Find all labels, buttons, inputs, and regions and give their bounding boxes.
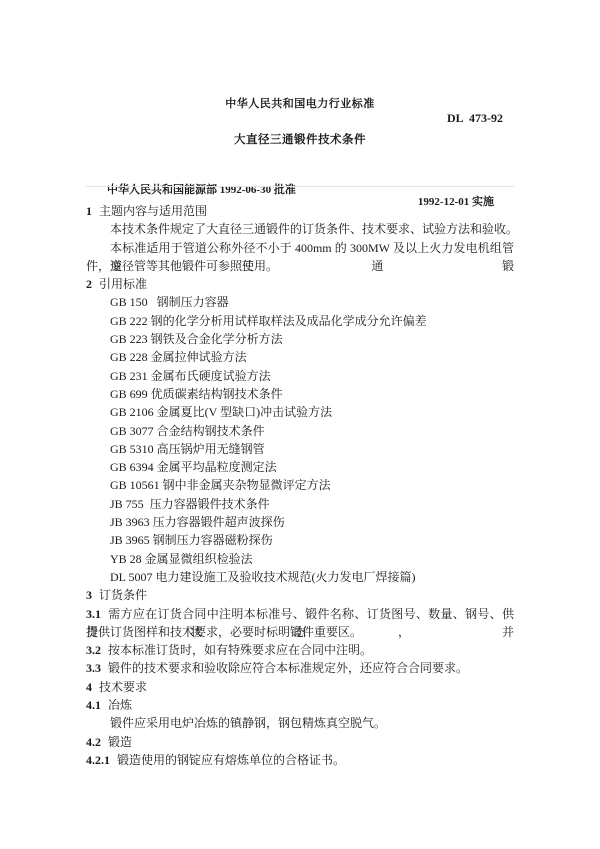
line-text: GB 231 金属布氏硬度试验方法 <box>110 369 271 383</box>
text-line: JB 3965 钢制压力容器磁粉探伤 <box>86 531 514 549</box>
section-number: 1 <box>86 204 92 218</box>
document-page: 中华人民共和国电力行业标准 DL 473-92 大直径三通锻件技术条件 中华人民… <box>0 0 600 849</box>
line-text: 冶炼 <box>108 698 132 712</box>
section-number: 3.2 <box>86 643 101 657</box>
text-line: GB 10561 钢中非金属夹杂物显微评定方法 <box>86 476 514 494</box>
text-line: JB 755 压力容器锻件技术条件 <box>86 495 514 513</box>
line-text: GB 150 钢制压力容器 <box>110 295 229 309</box>
line-text: 提供订货图样和技术要求，必要时标明锻件重要区。 <box>86 625 362 639</box>
line-text: JB 3965 钢制压力容器磁粉探伤 <box>110 533 273 547</box>
section-number: 4.2.1 <box>86 753 110 767</box>
text-line: GB 231 金属布氏硬度试验方法 <box>86 367 514 385</box>
text-line: GB 228 金属拉伸试验方法 <box>86 348 514 366</box>
section-number: 3 <box>86 588 92 602</box>
line-text: 件，变径管等其他锻件可参照使用。 <box>86 259 278 273</box>
line-text: GB 228 金属拉伸试验方法 <box>110 350 247 364</box>
line-text: 本技术条件规定了大直径三通锻件的订货条件、技术要求、试验方法和验收。 <box>110 222 518 236</box>
line-text: 引用标准 <box>99 277 147 291</box>
section-number: 4 <box>86 680 92 694</box>
text-line: JB 3963 压力容器锻件超声波探伤 <box>86 513 514 531</box>
text-line: GB 150 钢制压力容器 <box>86 293 514 311</box>
line-text: GB 6394 金属平均晶粒度测定法 <box>110 460 277 474</box>
text-line: 本技术条件规定了大直径三通锻件的订货条件、技术要求、试验方法和验收。 <box>86 220 514 238</box>
text-line: 锻件应采用电炉冶炼的镇静钢，钢包精炼真空脱气。 <box>86 714 514 732</box>
section-line: 1主题内容与适用范围 <box>86 202 514 220</box>
line-text: JB 755 压力容器锻件技术条件 <box>110 497 270 511</box>
line-text: GB 5310 高压锅炉用无缝钢管 <box>110 442 265 456</box>
standard-number: DL 473-92 <box>447 111 503 126</box>
line-text: DL 5007 电力建设施工及验收技术规范(火力发电厂焊接篇) <box>110 570 416 584</box>
document-title: 大直径三通锻件技术条件 <box>0 131 600 147</box>
line-text: 锻造使用的钢锭应有熔炼单位的合格证书。 <box>117 753 345 767</box>
text-line: GB 5310 高压锅炉用无缝钢管 <box>86 440 514 458</box>
text-line: GB 3077 合金结构钢技术条件 <box>86 422 514 440</box>
section-line: 4.1冶炼 <box>86 696 514 714</box>
line-text: 主题内容与适用范围 <box>99 204 207 218</box>
line-text: 锻件应采用电炉冶炼的镇静钢，钢包精炼真空脱气。 <box>110 716 386 730</box>
line-text: 锻件的技术要求和验收除应符合本标准规定外，还应符合合同要求。 <box>108 661 468 675</box>
document-body: 1主题内容与适用范围本技术条件规定了大直径三通锻件的订货条件、技术要求、试验方法… <box>86 202 514 769</box>
text-line: GB 6394 金属平均晶粒度测定法 <box>86 458 514 476</box>
line-text: 订货条件 <box>99 588 147 602</box>
approval-text: 中华人民共和国能源部 1992-06-30 批准 <box>107 181 296 197</box>
section-line: 2引用标准 <box>86 275 514 293</box>
line-text: GB 2106 金属夏比(V 型缺口)冲击试验方法 <box>110 405 332 419</box>
section-line: 3.1需方应在订货合同中注明本标准号、锻件名称、订货图号、数量、钢号、供货状态，… <box>86 605 514 623</box>
section-line: 4.2.1锻造使用的钢锭应有熔炼单位的合格证书。 <box>86 751 514 769</box>
line-text: GB 699 优质碳素结构钢技术条件 <box>110 387 283 401</box>
line-text: GB 10561 钢中非金属夹杂物显微评定方法 <box>110 478 331 492</box>
line-text: GB 223 钢铁及合金化学分析方法 <box>110 332 283 346</box>
section-number: 3.1 <box>86 607 101 621</box>
section-number: 2 <box>86 277 92 291</box>
text-line: GB 699 优质碳素结构钢技术条件 <box>86 385 514 403</box>
section-line: 4技术要求 <box>86 678 514 696</box>
section-line: 3.2按本标准订货时，如有特殊要求应在合同中注明。 <box>86 641 514 659</box>
line-text: GB 3077 合金结构钢技术条件 <box>110 424 265 438</box>
section-line: 3订货条件 <box>86 586 514 604</box>
text-line: GB 222 钢的化学分析用试样取样法及成品化学成分允许偏差 <box>86 312 514 330</box>
line-text: 按本标准订货时，如有特殊要求应在合同中注明。 <box>108 643 372 657</box>
text-line: 本标准适用于管道公称外径不小于 400mm 的 300MW 及以上火力发电机组管… <box>86 239 514 257</box>
line-text: 技术要求 <box>99 680 147 694</box>
line-text: JB 3963 压力容器锻件超声波探伤 <box>110 515 285 529</box>
standard-type-heading: 中华人民共和国电力行业标准 <box>0 95 600 111</box>
section-line: 4.2锻造 <box>86 733 514 751</box>
section-number: 4.2 <box>86 735 101 749</box>
section-number: 4.1 <box>86 698 101 712</box>
line-text: GB 222 钢的化学分析用试样取样法及成品化学成分允许偏差 <box>110 314 427 328</box>
header-rule <box>86 186 514 187</box>
line-text: 锻造 <box>108 735 132 749</box>
section-line: 3.3锻件的技术要求和验收除应符合本标准规定外，还应符合合同要求。 <box>86 659 514 677</box>
text-line: DL 5007 电力建设施工及验收技术规范(火力发电厂焊接篇) <box>86 568 514 586</box>
text-line: YB 28 金属显微组织检验法 <box>86 550 514 568</box>
text-line: GB 2106 金属夏比(V 型缺口)冲击试验方法 <box>86 403 514 421</box>
text-line: GB 223 钢铁及合金化学分析方法 <box>86 330 514 348</box>
section-number: 3.3 <box>86 661 101 675</box>
line-text: YB 28 金属显微组织检验法 <box>110 552 253 566</box>
